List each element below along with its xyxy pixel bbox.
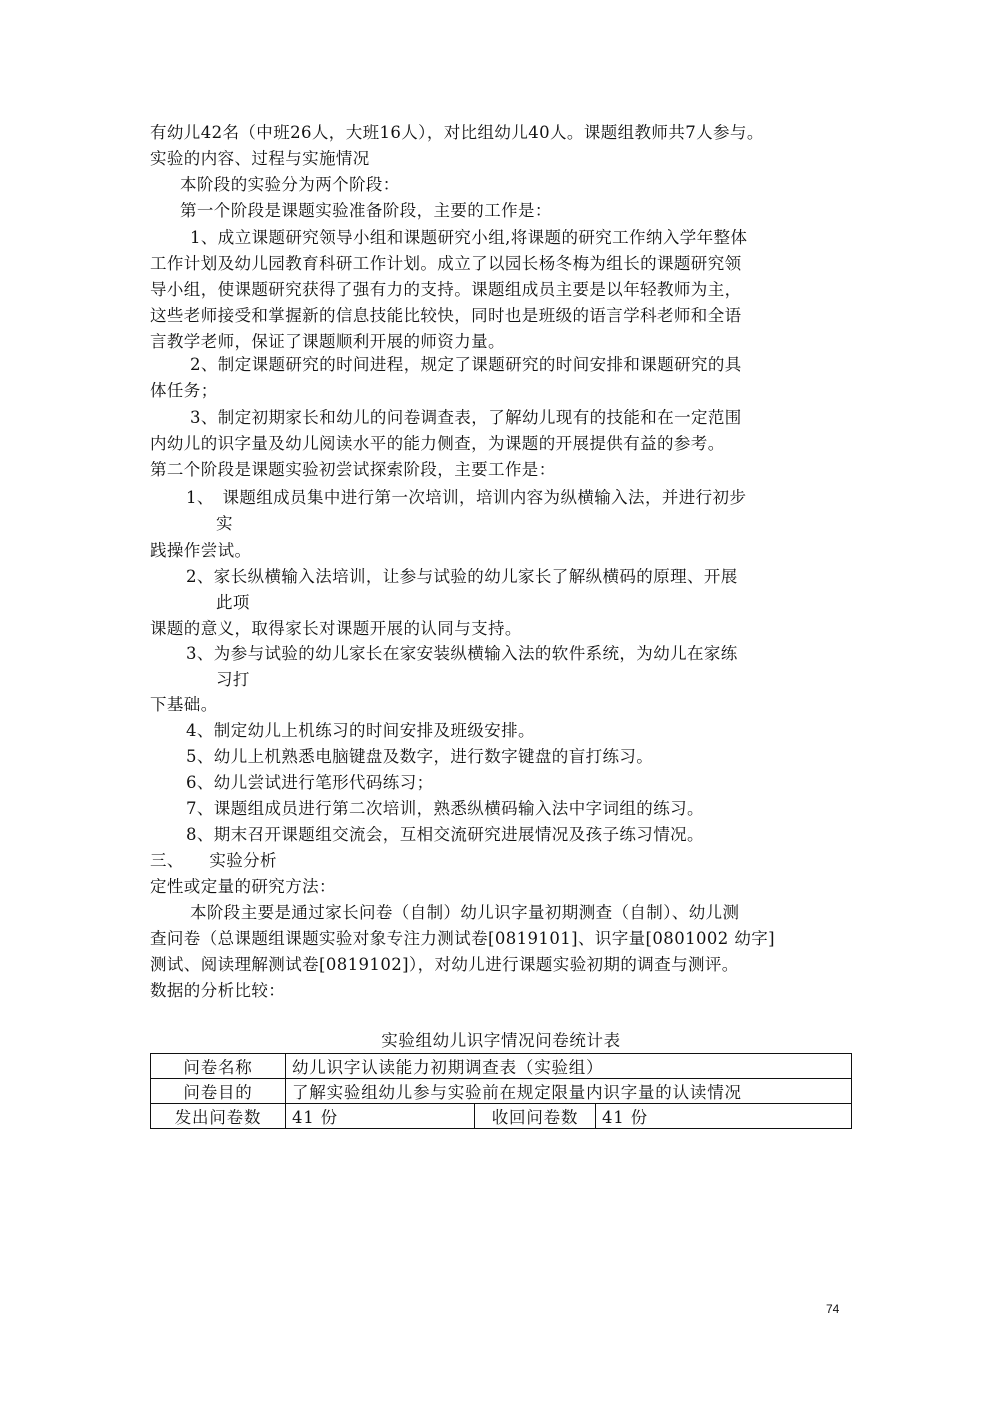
text-line: 此项 bbox=[216, 592, 250, 614]
survey-purpose-value: 了解实验组幼儿参与实验前在规定限量内识字量的认读情况 bbox=[286, 1079, 852, 1104]
issued-count-value: 41 份 bbox=[286, 1104, 475, 1129]
text-line: 5、幼儿上机熟悉电脑键盘及数字，进行数字键盘的盲打练习。 bbox=[186, 746, 653, 768]
text-line: 下基础。 bbox=[150, 694, 218, 716]
text-line: 4、制定幼儿上机练习的时间安排及班级安排。 bbox=[186, 720, 535, 742]
text-line: 1、成立课题研究领导小组和课题研究小组,将课题的研究工作纳入学年整体 bbox=[190, 227, 747, 249]
survey-name-value: 幼儿识字认读能力初期调查表（实验组） bbox=[286, 1054, 852, 1079]
text-line: 实 bbox=[216, 513, 233, 535]
text-line: 测试、阅读理解测试卷[0819102]），对幼儿进行课题实验初期的调查与测评。 bbox=[150, 954, 739, 976]
table-row: 问卷名称 幼儿识字认读能力初期调查表（实验组） bbox=[151, 1054, 852, 1079]
text-line: 7、课题组成员进行第二次培训，熟悉纵横码输入法中字词组的练习。 bbox=[186, 798, 704, 820]
text-line: 本阶段主要是通过家长问卷（自制）幼儿识字量初期测查（自制）、幼儿测 bbox=[190, 902, 739, 924]
document-page: 有幼儿42名（中班26人，大班16人），对比组幼儿40人。课题组教师共7人参与。… bbox=[0, 0, 992, 1403]
text-line: 内幼儿的识字量及幼儿阅读水平的能力侧查，为课题的开展提供有益的参考。 bbox=[150, 433, 725, 455]
table-row: 问卷目的 了解实验组幼儿参与实验前在规定限量内识字量的认读情况 bbox=[151, 1079, 852, 1104]
returned-count-label: 收回问卷数 bbox=[475, 1104, 596, 1129]
text-line: 第一个阶段是课题实验准备阶段，主要的工作是： bbox=[180, 200, 552, 222]
text-line: 查问卷（总课题组课题实验对象专注力测试卷[0819101]、识字量[080100… bbox=[150, 928, 775, 950]
text-line: 习打 bbox=[216, 669, 250, 691]
text-line: 言教学老师，保证了课题顺利开展的师资力量。 bbox=[150, 331, 505, 353]
text-line: 8、期末召开课题组交流会，互相交流研究进展情况及孩子练习情况。 bbox=[186, 824, 704, 846]
text-line: 这些老师接受和掌握新的信息技能比较快，同时也是班级的语言学科老师和全语 bbox=[150, 305, 742, 327]
text-line: 第二个阶段是课题实验初尝试探索阶段，主要工作是： bbox=[150, 459, 556, 481]
text-line: 2、家长纵横输入法培训，让参与试验的幼儿家长了解纵横码的原理、开展 bbox=[186, 566, 738, 588]
text-line: 践操作尝试。 bbox=[150, 540, 251, 562]
returned-count-value: 41 份 bbox=[596, 1104, 852, 1129]
page-number: 74 bbox=[826, 1302, 839, 1316]
text-line: 3、制定初期家长和幼儿的问卷调查表，了解幼儿现有的技能和在一定范围 bbox=[190, 407, 742, 429]
text-line: 数据的分析比较： bbox=[150, 980, 285, 1002]
text-line: 1、 课题组成员集中进行第一次培训，培训内容为纵横输入法，并进行初步 bbox=[186, 487, 746, 509]
text-line: 课题的意义，取得家长对课题开展的认同与支持。 bbox=[150, 618, 522, 640]
text-line: 3、为参与试验的幼儿家长在家安装纵横输入法的软件系统，为幼儿在家练 bbox=[186, 643, 738, 665]
text-line: 有幼儿42名（中班26人，大班16人），对比组幼儿40人。课题组教师共7人参与。 bbox=[150, 122, 764, 144]
table-row: 发出问卷数 41 份 收回问卷数 41 份 bbox=[151, 1104, 852, 1129]
text-line: 实验的内容、过程与实施情况 bbox=[150, 148, 370, 170]
table-caption: 实验组幼儿识字情况问卷统计表 bbox=[150, 1027, 852, 1051]
survey-purpose-label: 问卷目的 bbox=[151, 1079, 286, 1104]
text-line: 三、 实验分析 bbox=[150, 850, 277, 872]
text-line: 工作计划及幼儿园教育科研工作计划。成立了以园长杨冬梅为组长的课题研究领 bbox=[150, 253, 742, 275]
survey-statistics-table: 问卷名称 幼儿识字认读能力初期调查表（实验组） 问卷目的 了解实验组幼儿参与实验… bbox=[150, 1053, 852, 1129]
text-line: 6、幼儿尝试进行笔形代码练习； bbox=[186, 772, 434, 794]
issued-count-label: 发出问卷数 bbox=[151, 1104, 286, 1129]
text-line: 体任务； bbox=[150, 380, 218, 402]
survey-name-label: 问卷名称 bbox=[151, 1054, 286, 1079]
text-line: 导小组，使课题研究获得了强有力的支持。课题组成员主要是以年轻教师为主， bbox=[150, 279, 742, 301]
text-line: 本阶段的实验分为两个阶段： bbox=[180, 174, 400, 196]
text-line: 定性或定量的研究方法： bbox=[150, 876, 336, 898]
text-line: 2、制定课题研究的时间进程，规定了课题研究的时间安排和课题研究的具 bbox=[190, 354, 742, 376]
